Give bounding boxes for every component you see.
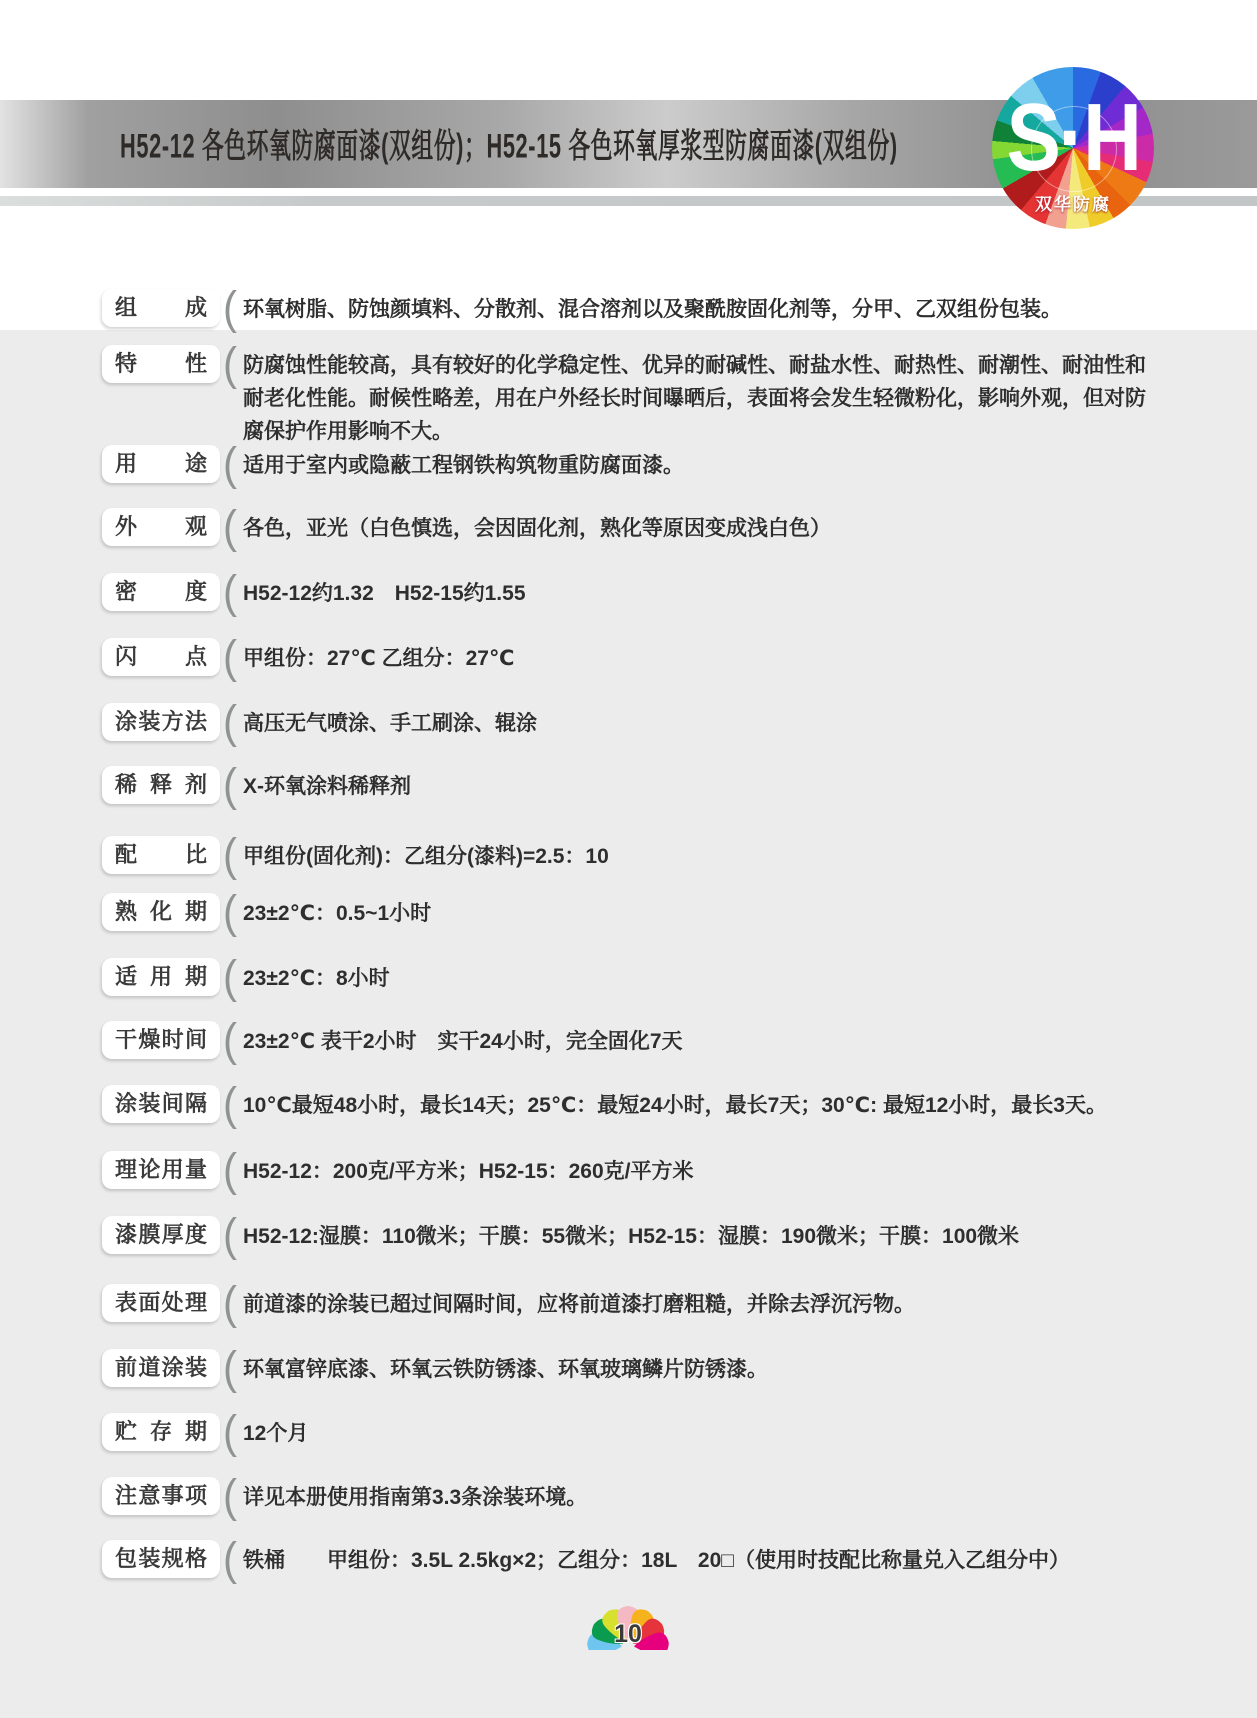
spec-row-theoretical-consumption: 理论用量 ( H52-12：200克/平方米；H52-15：260克/平方米 xyxy=(102,1151,694,1193)
spec-row-shelf-life: 贮存期 ( 12个月 xyxy=(102,1413,308,1455)
spec-value: 铁桶 甲组份：3.5L 2.5kg×2；乙组分：18L 20□（使用时技配比称量… xyxy=(243,1540,1070,1577)
spec-label: 涂装方法 xyxy=(102,703,220,741)
spec-row-appearance: 外观 ( 各色，亚光（白色慎选，会因固化剂，熟化等原因变成浅白色） xyxy=(102,508,831,550)
spec-label: 理论用量 xyxy=(102,1151,220,1189)
open-bracket-icon: ( xyxy=(223,567,237,618)
spec-label: 注意事项 xyxy=(102,1477,220,1515)
spec-value: 10℃最短48小时，最长14天；25℃：最短24小时，最长7天；30℃: 最短1… xyxy=(243,1085,1107,1122)
spec-value: 适用于室内或隐蔽工程钢铁构筑物重防腐面漆。 xyxy=(243,445,684,482)
spec-value: H52-12:湿膜：110微米；干膜：55微米；H52-15：湿膜：190微米；… xyxy=(243,1216,1019,1253)
spec-value: 高压无气喷涂、手工刷涂、辊涂 xyxy=(243,703,537,740)
spec-value: 环氧富锌底漆、环氧云铁防锈漆、环氧玻璃鳞片防锈漆。 xyxy=(243,1349,768,1386)
logo-caption: 双华防腐 xyxy=(992,190,1154,215)
spec-label: 密度 xyxy=(102,573,220,611)
spec-label: 漆膜厚度 xyxy=(102,1216,220,1254)
spec-value: 详见本册使用指南第3.3条涂装环境。 xyxy=(243,1477,587,1514)
spec-value: 各色，亚光（白色慎选，会因固化剂，熟化等原因变成浅白色） xyxy=(243,508,831,545)
open-bracket-icon: ( xyxy=(223,887,237,938)
spec-row-thinner: 稀释剂 ( X-环氧涂料稀释剂 xyxy=(102,766,411,808)
spec-row-precautions: 注意事项 ( 详见本册使用指南第3.3条涂装环境。 xyxy=(102,1477,587,1519)
spec-row-surface-treatment: 表面处理 ( 前道漆的涂装已超过间隔时间，应将前道漆打磨粗糙，并除去浮沉污物。 xyxy=(102,1284,915,1326)
spec-row-usage: 用途 ( 适用于室内或隐蔽工程钢铁构筑物重防腐面漆。 xyxy=(102,445,684,487)
datasheet-page: H52-12 各色环氧防腐面漆(双组份)；H52-15 各色环氧厚浆型防腐面漆(… xyxy=(0,0,1257,1718)
open-bracket-icon: ( xyxy=(223,697,237,748)
page-title: H52-12 各色环氧防腐面漆(双组份)；H52-15 各色环氧厚浆型防腐面漆(… xyxy=(120,119,898,168)
spec-label: 稀释剂 xyxy=(102,766,220,804)
open-bracket-icon: ( xyxy=(223,439,237,490)
open-bracket-icon: ( xyxy=(223,760,237,811)
open-bracket-icon: ( xyxy=(223,1278,237,1329)
spec-row-film-thickness: 漆膜厚度 ( H52-12:湿膜：110微米；干膜：55微米；H52-15：湿膜… xyxy=(102,1216,1019,1258)
spec-value: 23±2℃：0.5~1小时 xyxy=(243,893,431,930)
open-bracket-icon: ( xyxy=(223,283,237,334)
spec-value: 甲组份(固化剂)：乙组分(漆料)=2.5：10 xyxy=(243,836,609,873)
spec-value: 23±2℃ 表干2小时 实干24小时，完全固化7天 xyxy=(243,1021,683,1058)
spec-value: 23±2℃：8小时 xyxy=(243,958,390,995)
open-bracket-icon: ( xyxy=(223,1407,237,1458)
spec-value: X-环氧涂料稀释剂 xyxy=(243,766,411,803)
spec-label: 干燥时间 xyxy=(102,1021,220,1059)
open-bracket-icon: ( xyxy=(223,1534,237,1585)
open-bracket-icon: ( xyxy=(223,1210,237,1261)
page-number: 10 xyxy=(583,1620,673,1649)
open-bracket-icon: ( xyxy=(223,339,237,390)
spec-label: 表面处理 xyxy=(102,1284,220,1322)
spec-row-density: 密度 ( H52-12约1.32 H52-15约1.55 xyxy=(102,573,526,615)
spec-label: 外观 xyxy=(102,508,220,546)
open-bracket-icon: ( xyxy=(223,952,237,1003)
spec-value: 环氧树脂、防蚀颜填料、分散剂、混合溶剂以及聚酰胺固化剂等，分甲、乙双组份包装。 xyxy=(243,289,1062,326)
spec-value: 前道漆的涂装已超过间隔时间，应将前道漆打磨粗糙，并除去浮沉污物。 xyxy=(243,1284,915,1321)
spec-value: H52-12约1.32 H52-15约1.55 xyxy=(243,573,526,610)
spec-label: 特性 xyxy=(102,345,220,383)
spec-row-packaging: 包装规格 ( 铁桶 甲组份：3.5L 2.5kg×2；乙组分：18L 20□（使… xyxy=(102,1540,1070,1582)
spec-label: 包装规格 xyxy=(102,1540,220,1578)
spec-row-characteristics: 特性 ( 防腐蚀性能较高，具有较好的化学稳定性、优异的耐碱性、耐盐水性、耐热性、… xyxy=(102,345,1161,448)
spec-row-pot-life: 适用期 ( 23±2℃：8小时 xyxy=(102,958,390,1000)
spec-value: 甲组份：27℃ 乙组分：27℃ xyxy=(243,638,514,675)
open-bracket-icon: ( xyxy=(223,1015,237,1066)
spec-value: 防腐蚀性能较高，具有较好的化学稳定性、优异的耐碱性、耐盐水性、耐热性、耐潮性、耐… xyxy=(243,345,1161,448)
open-bracket-icon: ( xyxy=(223,502,237,553)
spec-row-application-method: 涂装方法 ( 高压无气喷涂、手工刷涂、辊涂 xyxy=(102,703,537,745)
spec-row-recoat-interval: 涂装间隔 ( 10℃最短48小时，最长14天；25℃：最短24小时，最长7天；3… xyxy=(102,1085,1107,1127)
spec-row-drying-time: 干燥时间 ( 23±2℃ 表干2小时 实干24小时，完全固化7天 xyxy=(102,1021,683,1063)
open-bracket-icon: ( xyxy=(223,1079,237,1130)
spec-label: 配比 xyxy=(102,836,220,874)
spec-label: 用途 xyxy=(102,445,220,483)
open-bracket-icon: ( xyxy=(223,830,237,881)
spec-label: 涂装间隔 xyxy=(102,1085,220,1123)
open-bracket-icon: ( xyxy=(223,1471,237,1522)
spec-row-previous-coat: 前道涂装 ( 环氧富锌底漆、环氧云铁防锈漆、环氧玻璃鳞片防锈漆。 xyxy=(102,1349,768,1391)
spec-row-maturation-time: 熟化期 ( 23±2℃：0.5~1小时 xyxy=(102,893,431,935)
spec-row-flash-point: 闪点 ( 甲组份：27℃ 乙组分：27℃ xyxy=(102,638,514,680)
spec-label: 闪点 xyxy=(102,638,220,676)
color-wheel-logo-icon: S·H 双华防腐 xyxy=(992,67,1154,229)
open-bracket-icon: ( xyxy=(223,1145,237,1196)
spec-value: 12个月 xyxy=(243,1413,308,1450)
open-bracket-icon: ( xyxy=(223,1343,237,1394)
spec-value: H52-12：200克/平方米；H52-15：260克/平方米 xyxy=(243,1151,694,1188)
spec-label: 贮存期 xyxy=(102,1413,220,1451)
spec-row-composition: 组成 ( 环氧树脂、防蚀颜填料、分散剂、混合溶剂以及聚酰胺固化剂等，分甲、乙双组… xyxy=(102,289,1062,331)
open-bracket-icon: ( xyxy=(223,632,237,683)
spec-label: 组成 xyxy=(102,289,220,327)
spec-label: 熟化期 xyxy=(102,893,220,931)
spec-label: 前道涂装 xyxy=(102,1349,220,1387)
logo-monogram: S·H xyxy=(1007,90,1140,186)
spec-label: 适用期 xyxy=(102,958,220,996)
spec-row-mix-ratio: 配比 ( 甲组份(固化剂)：乙组分(漆料)=2.5：10 xyxy=(102,836,609,878)
